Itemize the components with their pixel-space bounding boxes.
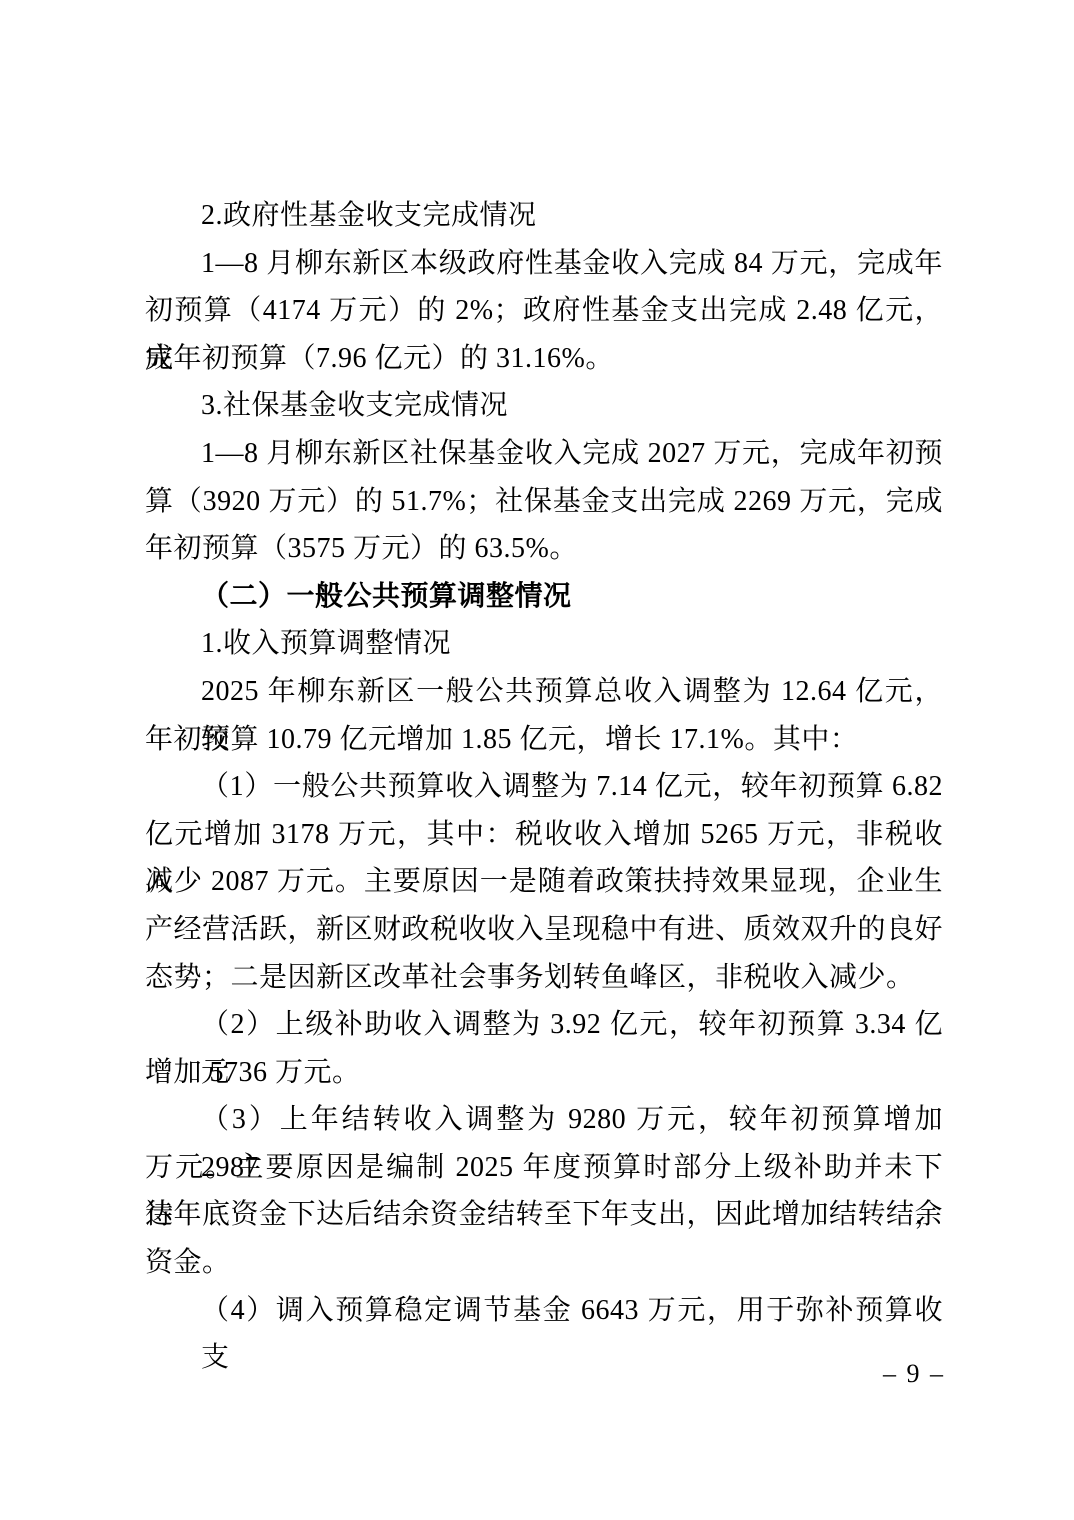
heading-social-security-completion: 3.社保基金收支完成情况 [145,382,943,430]
text-line: 亿元增加 3178 万元，其中：税收收入增加 5265 万元，非税收入 [145,811,943,859]
heading-revenue-adjustment: 1.收入预算调整情况 [145,620,943,668]
text-line: （4）调入预算稳定调节基金 6643 万元，用于弥补预算收支 [145,1287,943,1335]
document-page: 2.政府性基金收支完成情况 1—8 月柳东新区本级政府性基金收入完成 84 万元… [0,0,1074,1520]
text-line: 态势；二是因新区改革社会事务划转鱼峰区，非税收入减少。 [145,954,943,1002]
text-line: 减少 2087 万元。主要原因一是随着政策扶持效果显现，企业生 [145,858,943,906]
text-line: 算（3920 万元）的 51.7%；社保基金支出完成 2269 万元，完成 [145,478,943,526]
text-line: 成年初预算（7.96 亿元）的 31.16%。 [145,335,943,383]
text-line: 产经营活跃，新区财政税收收入呈现稳中有进、质效双升的良好 [145,906,943,954]
text-column: 2.政府性基金收支完成情况 1—8 月柳东新区本级政府性基金收入完成 84 万元… [145,192,943,1334]
heading-budget-adjustment-section: （二）一般公共预算调整情况 [145,573,943,621]
text-line: 年初预算（3575 万元）的 63.5%。 [145,525,943,573]
text-line: 1—8 月柳东新区本级政府性基金收入完成 84 万元，完成年 [145,240,943,288]
text-line: （3）上年结转收入调整为 9280 万元，较年初预算增加 2987 [145,1096,943,1144]
text-line: （2）上级补助收入调整为 3.92 亿元，较年初预算 3.34 亿元 [145,1001,943,1049]
text-line: 增加 5736 万元。 [145,1049,943,1097]
text-line: （1）一般公共预算收入调整为 7.14 亿元，较年初预算 6.82 [145,763,943,811]
text-line: 资金。 [145,1239,943,1287]
text-line: 2025 年柳东新区一般公共预算总收入调整为 12.64 亿元，较 [145,668,943,716]
page-number: – 9 – [883,1357,945,1391]
text-line: 万元。主要原因是编制 2025 年度预算时部分上级补助并未下达， [145,1144,943,1192]
text-line: 初预算（4174 万元）的 2%；政府性基金支出完成 2.48 亿元，完 [145,287,943,335]
heading-gov-fund-completion: 2.政府性基金收支完成情况 [145,192,943,240]
text-line: 年初预算 10.79 亿元增加 1.85 亿元，增长 17.1%。其中： [145,716,943,764]
text-line: 1—8 月柳东新区社保基金收入完成 2027 万元，完成年初预 [145,430,943,478]
text-line: 待年底资金下达后结余资金结转至下年支出，因此增加结转结余 [145,1191,943,1239]
